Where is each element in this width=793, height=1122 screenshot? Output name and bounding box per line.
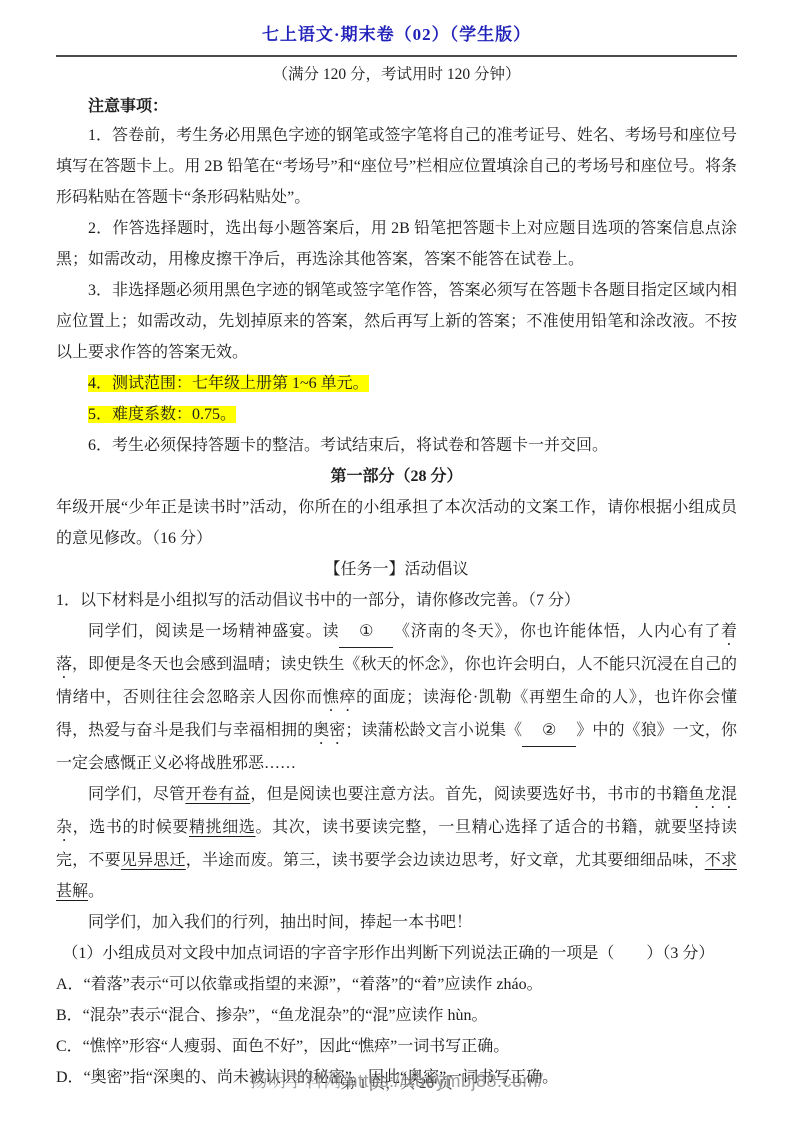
exam-paper-page: 七上语文·期末卷（02）（学生版） （满分 120 分，考试用时 120 分钟）…: [0, 0, 793, 1122]
passage-paragraph-1: 同学们，阅读是一场精神盛宴。读①《济南的冬天》，你也许能体悟，人内心有了着落，即…: [56, 616, 737, 779]
notice-item-3-text: 3．非选择题必须用黑色字迹的钢笔或签字笔作答，答案必须写在答题卡各题目指定区域内…: [56, 282, 737, 361]
notice-item-4: 4．测试范围：七年级上册第 1~6 单元。: [56, 368, 737, 399]
notice-item-1: 1．答卷前，考生务必用黑色字迹的钢笔或签字笔将自己的准考证号、姓名、考场号和座位…: [56, 120, 737, 213]
text-run: ，选书的时候要: [73, 819, 189, 836]
option-b: B．“混杂”表示“混合、掺杂”，“鱼龙混杂”的“混”应读作 hùn。: [56, 1000, 737, 1031]
sub-question-1-stem: （1）小组成员对文段中加点词语的字音字形作出判断下列说法正确的一项是（ ）（3 …: [56, 938, 737, 969]
underlined-term: 见异思迁: [121, 852, 186, 869]
section-title: 第一部分（28 分）: [56, 461, 737, 492]
notice-item-1-text: 1．答卷前，考生务必用黑色字迹的钢笔或签字笔将自己的准考证号、姓名、考场号和座位…: [56, 127, 737, 206]
watermark-text: 扬明学科网 https://xueymbj88.com/: [0, 1067, 793, 1093]
fill-in-blank-slot: ①: [339, 616, 393, 648]
notice-item-5-text-highlighted: 5．难度系数：0.75。: [88, 406, 236, 423]
underlined-term: 开卷有益: [185, 786, 250, 803]
question-1-stem: 1．以下材料是小组拟写的活动倡议书中的一部分，请你修改完善。（7 分）: [56, 585, 737, 616]
page-footer: 第 1 页，共 20 页 扬明学科网 https://xueymbj88.com…: [0, 1064, 793, 1108]
notice-heading: 注意事项：: [56, 93, 737, 120]
header-divider: [56, 55, 737, 57]
underlined-term: 精挑细选: [189, 819, 256, 836]
text-run: 同学们，尽管: [88, 786, 185, 803]
notice-item-6-text: 6．考生必须保持答题卡的整洁。考试结束后，将试卷和答题卡一并交回。: [88, 437, 608, 454]
text-run: 同学们，加入我们的行列，抽出时间，捧起一本书吧！: [88, 914, 472, 931]
notice-item-6: 6．考生必须保持答题卡的整洁。考试结束后，将试卷和答题卡一并交回。: [56, 430, 737, 461]
fill-in-blank-slot: ②: [522, 715, 576, 747]
text-run: ；读蒲松龄文言小说集《: [345, 722, 522, 739]
notice-item-5: 5．难度系数：0.75。: [56, 399, 737, 430]
dotted-term: 奥密: [313, 722, 345, 739]
text-run: ，半途而废。第三，读书要学会边读边思考，好文章，尤其要细细品味，: [186, 852, 705, 869]
page-title: 七上语文·期末卷（02）（学生版）: [56, 24, 737, 46]
passage-paragraph-2: 同学们，尽管开卷有益，但是阅读也要注意方法。首先，阅读要选好书，书市的书籍鱼龙混…: [56, 779, 737, 907]
text-run: ，但是阅读也要注意方法。首先，阅读要选好书，书市的书籍: [250, 786, 688, 803]
text-run: 《济南的冬天》，你也许能体悟，人内心有了: [393, 623, 721, 640]
option-c: C．“憔悴”形容“人瘦弱、面色不好”，因此“憔瘁”一词书写正确。: [56, 1031, 737, 1062]
dotted-term: 憔瘁: [323, 689, 356, 706]
task1-heading: 【任务一】活动倡议: [56, 554, 737, 585]
notice-item-2-text: 2．作答选择题时，选出每小题答案后，用 2B 铅笔把答题卡上对应题目选项的答案信…: [56, 220, 737, 268]
intro-paragraph: 年级开展“少年正是读书时”活动，你所在的小组承担了本次活动的文案工作，请你根据小…: [56, 492, 737, 554]
notice-item-2: 2．作答选择题时，选出每小题答案后，用 2B 铅笔把答题卡上对应题目选项的答案信…: [56, 213, 737, 275]
notice-item-3: 3．非选择题必须用黑色字迹的钢笔或签字笔作答，答案必须写在答题卡各题目指定区域内…: [56, 275, 737, 368]
option-a: A．“着落”表示“可以依靠或指望的来源”，“着落”的“着”应读作 zháo。: [56, 969, 737, 1000]
text-run: 。: [88, 883, 104, 900]
notice-item-4-text-highlighted: 4．测试范围：七年级上册第 1~6 单元。: [88, 375, 369, 392]
text-run: 同学们，阅读是一场精神盛宴。读: [88, 623, 339, 640]
passage-paragraph-3: 同学们，加入我们的行列，抽出时间，捧起一本书吧！: [56, 907, 737, 938]
exam-meta-line: （满分 120 分，考试用时 120 分钟）: [56, 62, 737, 88]
